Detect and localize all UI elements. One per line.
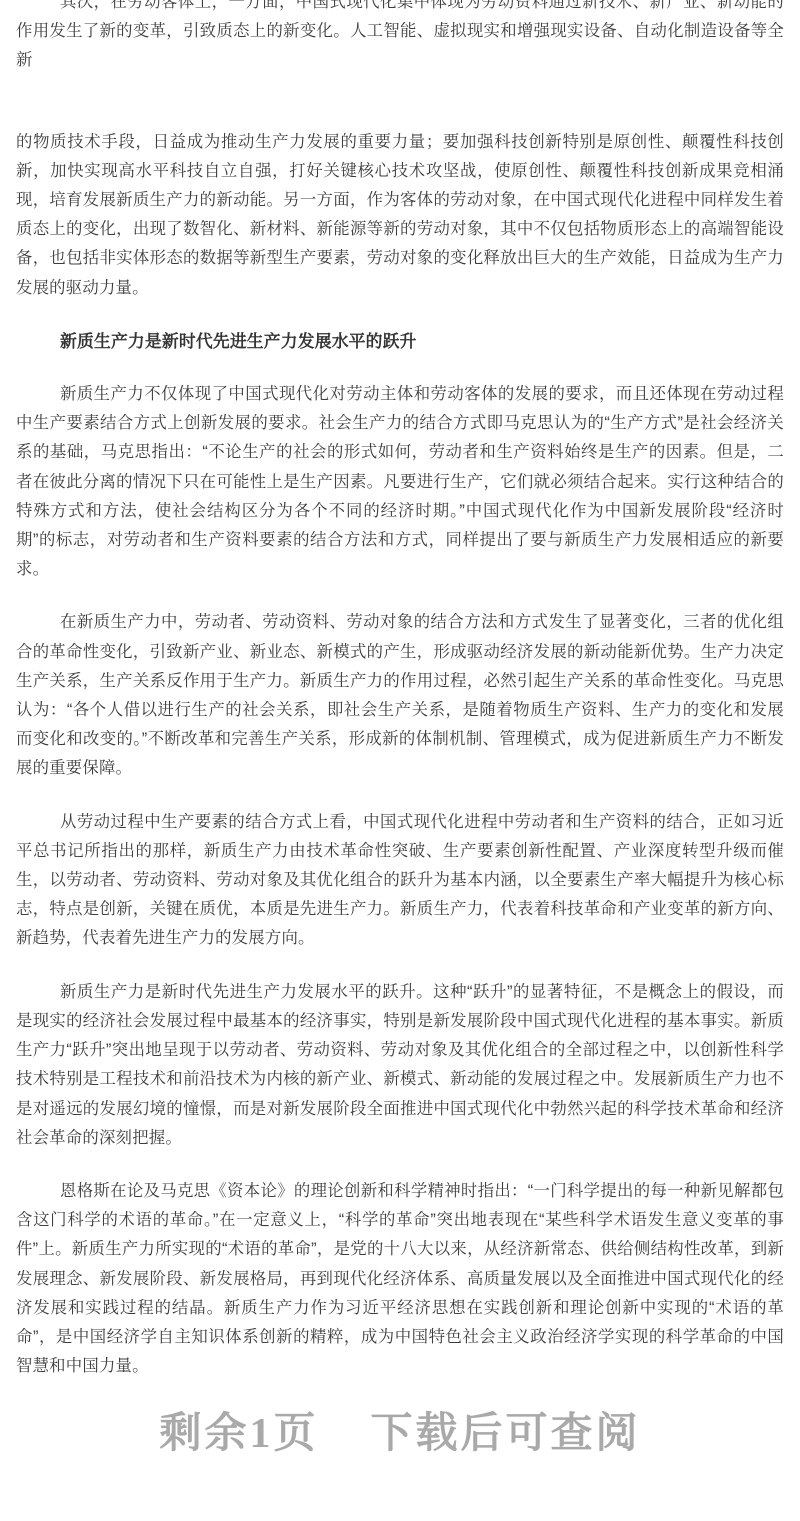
paragraph: 恩格斯在论及马克思《资本论》的理论创新和科学精神时指出：“一门科学提出的每一种新… — [16, 1177, 784, 1381]
pages-remaining-notice: 剩余1页下载后可查阅 — [0, 1404, 800, 1464]
paragraph-continuation-top: 其次，在劳动客体上，一方面，中国式现代化集中体现为劳动资料通过新技术、新产业、新… — [16, 0, 784, 76]
pages-remaining-text: 剩余1页 — [159, 1411, 318, 1457]
section-heading: 新质生产力是新时代先进生产力发展水平的跃升 — [16, 327, 784, 356]
paragraph: 新质生产力是新时代先进生产力发展水平的跃升。这种“跃升”的显著特征，不是概念上的… — [16, 978, 784, 1153]
paragraph: 新质生产力不仅体现了中国式现代化对劳动主体和劳动客体的发展的要求，而且还体现在劳… — [16, 380, 784, 584]
paragraph: 的物质技术手段，日益成为推动生产力发展的重要力量；要加强科技创新特别是原创性、颠… — [16, 128, 784, 303]
paragraph: 从劳动过程中生产要素的结合方式上看，中国式现代化进程中劳动者和生产资料的结合，正… — [16, 808, 784, 954]
document-page: 其次，在劳动客体上，一方面，中国式现代化集中体现为劳动资料通过新技术、新产业、新… — [0, 0, 800, 1521]
paragraph: 在新质生产力中，劳动者、劳动资料、劳动对象的结合方法和方式发生了显著变化，三者的… — [16, 608, 784, 783]
document-content: 其次，在劳动客体上，一方面，中国式现代化集中体现为劳动资料通过新技术、新产业、新… — [16, 0, 784, 1381]
download-hint-text: 下载后可查阅 — [371, 1411, 641, 1457]
